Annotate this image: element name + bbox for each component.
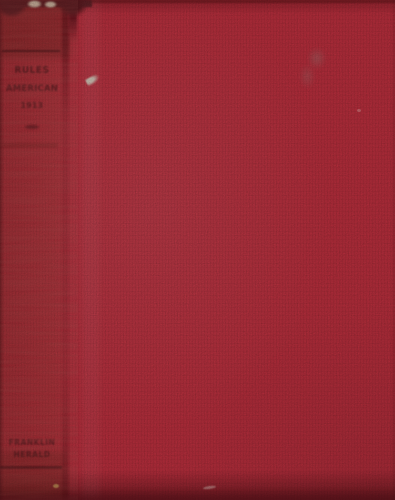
photo-grain-overlay [0,0,395,500]
book-photo: RULES AMERICAN 1913 FRANKLIN HERALD [0,0,395,500]
bottom-edge-shadow [0,488,395,500]
right-edge-shading [390,0,395,500]
